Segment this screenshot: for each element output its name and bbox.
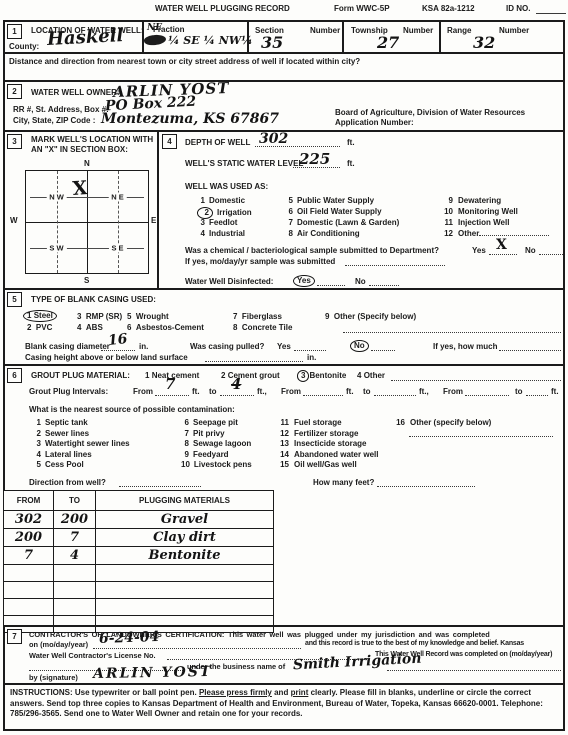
distance-question: Distance and direction from nearest town…: [9, 57, 360, 66]
county-value: Haskell: [47, 27, 124, 49]
interval2-from-label: From: [281, 387, 301, 396]
contamination-question: What is the nearest source of possible c…: [29, 405, 235, 414]
casing-height-unit: in.: [307, 353, 316, 362]
direction-question: Direction from well?: [29, 478, 106, 487]
section-6-badge: 6: [7, 368, 22, 383]
use-option: 4Industrial: [197, 229, 252, 240]
disinfected-yes-blank: [317, 278, 345, 286]
quadrant-nw-label: N W: [46, 192, 67, 201]
casing-diameter-label: Blank casing diameter: [25, 342, 110, 351]
how-much-blank: [499, 343, 561, 351]
casing-option: 8 Concrete Tile: [233, 323, 292, 332]
casing-diameter-unit: in.: [139, 342, 148, 351]
interval2-to-blank: [374, 388, 416, 396]
instructions-box: INSTRUCTIONS: Use typewriter or ball poi…: [3, 683, 565, 731]
section-6-grout-box: 6 GROUT PLUG MATERIAL: 1 Neat cement 2 C…: [3, 364, 565, 627]
well-uses-column-1: 1Domestic 2Irrigation 3Feedlot 4Industri…: [197, 196, 252, 240]
fraction-overwrite: NE: [147, 24, 162, 33]
contamination-column-3: 11Fuel storage 12Fertilizer storage 13In…: [277, 418, 378, 471]
use-option: 5Public Water Supply: [285, 196, 399, 207]
pulled-yes-blank: [294, 343, 326, 351]
how-much-label: If yes, how much: [433, 342, 497, 351]
instructions-text-1: Use typewriter or ball point pen.: [75, 688, 197, 697]
contamination-option: 2Sewer lines: [33, 429, 130, 440]
divider: [439, 22, 441, 52]
interval2-to-label: to: [363, 387, 371, 396]
disinfected-no-blank: [369, 278, 399, 286]
section-value: 35: [261, 35, 283, 51]
fraction-value: ¼ SE ¼ NW¼: [168, 35, 253, 46]
form-number: Form WWC-5P: [334, 4, 390, 13]
section-1-badge: 1: [7, 24, 22, 39]
other-use-blank: [479, 229, 549, 236]
owner-label: WATER WELL OWNER:: [31, 88, 120, 97]
address-label: RR #, St. Address, Box #:: [13, 105, 109, 114]
grid-center-horizontal: [26, 222, 148, 223]
contamination-option: 9Feedyard: [181, 450, 252, 461]
section-3-badge: 3: [7, 134, 22, 149]
contamination-option: 14Abandoned water well: [277, 450, 378, 461]
contamination-option: 5Cess Pool: [33, 460, 130, 471]
pulled-no-circled: No: [350, 340, 369, 352]
interval-to-label: to: [209, 387, 217, 396]
contamination-option: 4Lateral lines: [33, 450, 130, 461]
section-1-location-box: 1 LOCATION OF WATER WELL: County: Haskel…: [3, 20, 565, 54]
compass-north: N: [84, 159, 90, 168]
city-state-zip-value: Montezuma, KS 67867: [101, 112, 279, 126]
pulled-yes-label: Yes: [277, 342, 291, 351]
contamination-option: 1Septic tank: [33, 418, 130, 429]
interval-from-label: From: [133, 387, 153, 396]
well-used-as-label: WELL WAS USED AS:: [185, 182, 268, 191]
contamination-option: 10Livestock pens: [181, 460, 252, 471]
disinfected-yes-circled: Yes: [293, 275, 315, 287]
interval3-to-label: to: [515, 387, 523, 396]
disinfected-label: Water Well Disinfected:: [185, 277, 273, 286]
grout-other-blank: [391, 373, 561, 381]
contamination-option: 3Watertight sewer lines: [33, 439, 130, 450]
use-option: 6Oil Field Water Supply: [285, 207, 399, 218]
interval3-from-label: From: [443, 387, 463, 396]
plugging-materials-table: FROM TO PLUGGING MATERIALS 302200Gravel …: [3, 490, 274, 633]
well-uses-column-3: 9Dewatering 10Monitoring Well 11Injectio…: [441, 196, 549, 240]
section-5-title: TYPE OF BLANK CASING USED:: [31, 295, 156, 304]
casing-height-blank: [205, 354, 303, 362]
contamination-column-2: 6Seepage pit 7Pit privy 8Sewage lagoon 9…: [181, 418, 252, 471]
board-of-agriculture-line: Board of Agriculture, Division of Water …: [335, 108, 525, 117]
casing-option: 3 RMP (SR): [77, 312, 122, 321]
sample-date-blank: [345, 258, 445, 266]
section-7-certification-box: 7 CONTRACTOR'S OR LANDOWNER'S CERTIFICAT…: [3, 625, 565, 685]
materials-header: PLUGGING MATERIALS: [96, 491, 274, 511]
business-name-blank: [387, 663, 561, 671]
id-number-label: ID NO.: [506, 4, 530, 13]
use-option: 7Domestic (Lawn & Garden): [285, 218, 399, 229]
casing-option: 7 Fiberglass: [233, 312, 282, 321]
completed-on-label: on (mo/day/year): [29, 640, 88, 649]
interval-to-value: 4: [231, 377, 241, 392]
sample-no-label: No: [525, 246, 536, 255]
county-label: County:: [9, 42, 39, 51]
sample-yes-x-mark: X: [496, 238, 507, 252]
use-option: 9Dewatering: [441, 196, 549, 207]
compass-west: W: [10, 216, 18, 225]
pulled-no-blank: [371, 343, 395, 351]
interval-ft: ft.: [192, 387, 200, 396]
casing-other-blank: [343, 325, 561, 333]
use-option-irrigation-circled: 2Irrigation: [197, 207, 252, 218]
section-2-badge: 2: [7, 84, 22, 99]
sample-no-blank: [539, 247, 563, 255]
compass-east: E: [151, 216, 156, 225]
divider: [342, 22, 344, 52]
certification-line-2: and this record is true to the best of m…: [305, 640, 524, 647]
contamination-column-1: 1Septic tank 2Sewer lines 3Watertight se…: [33, 418, 130, 471]
use-option: 8Air Conditioning: [285, 229, 399, 240]
grid-quarter-vertical: [118, 171, 119, 273]
city-state-zip-label: City, State, ZIP Code :: [13, 116, 95, 125]
quadrant-sw-label: S W: [46, 243, 66, 252]
well-uses-column-2: 5Public Water Supply 6Oil Field Water Su…: [285, 196, 399, 240]
grout-option: 2 Cement grout: [221, 371, 280, 380]
form-header: WATER WELL PLUGGING RECORD Form WWC-5P K…: [0, 4, 568, 18]
section-2-owner-box: 2 WATER WELL OWNER: ARLIN YOST RR #, St.…: [3, 80, 565, 132]
instructions-underlined-1: Please press firmly: [199, 688, 272, 697]
quadrant-ne-label: N E: [108, 192, 127, 201]
contamination-option: 12Fertilizer storage: [277, 429, 378, 440]
interval3-to-blank: [526, 388, 548, 396]
depth-of-well-label: DEPTH OF WELL: [185, 138, 250, 147]
township-value: 27: [377, 35, 399, 51]
section-3-title-line1: MARK WELL'S LOCATION WITH: [31, 135, 153, 144]
interval3-from-blank: [465, 388, 509, 396]
grid-quarter-vertical: [57, 171, 58, 273]
table-row: [4, 582, 274, 599]
casing-option-steel-circled: 1 Steel: [23, 310, 57, 322]
to-header: TO: [54, 491, 96, 511]
grout-intervals-label: Grout Plug Intervals:: [29, 387, 108, 396]
casing-option: 5 Wrought: [127, 312, 169, 321]
depth-value: 302: [259, 132, 288, 146]
contamination-option-other: 16Other (specify below): [393, 418, 491, 429]
sample-yes-label: Yes: [472, 246, 486, 255]
well-location-x-mark: X: [72, 179, 88, 199]
contamination-option: 13Insecticide storage: [277, 439, 378, 450]
disinfected-no-label: No: [355, 277, 366, 286]
compass-south: S: [84, 276, 89, 285]
section-3-4-box: 3 MARK WELL'S LOCATION WITH AN "X" IN SE…: [3, 130, 565, 290]
casing-pulled-question: Was casing pulled?: [190, 342, 264, 351]
casing-option-other: 9 Other (Specify below): [325, 312, 416, 321]
range-number-label: Number: [499, 26, 529, 35]
casing-diameter-value: 16: [107, 332, 128, 348]
section-4-badge: 4: [162, 134, 177, 149]
id-number-blank: [536, 6, 566, 14]
interval3-ft: ft.: [551, 387, 559, 396]
static-level-unit: ft.: [347, 159, 355, 168]
interval2-ft-comma: ft.,: [419, 387, 429, 396]
static-level-value: 225: [299, 152, 330, 167]
interval-from-value: 7: [165, 377, 175, 392]
section-3-title-line2: AN "X" IN SECTION BOX:: [31, 145, 128, 154]
township-number-label: Number: [403, 26, 433, 35]
grout-option-bentonite-circled: 3Bentonite: [297, 371, 346, 380]
section-5-casing-box: 5 TYPE OF BLANK CASING USED: 1 Steel 3 R…: [3, 288, 565, 366]
contamination-option: 8Sewage lagoon: [181, 439, 252, 450]
section-location-grid: N W N E S W S E X: [25, 170, 149, 274]
instructions-heading: INSTRUCTIONS:: [10, 688, 73, 697]
signature-value: ARLIN YOST: [93, 665, 213, 681]
instructions-text-2: and: [274, 688, 288, 697]
interval2-from-blank: [303, 388, 343, 396]
interval-ft-comma: ft.,: [257, 387, 267, 396]
sample-question: Was a chemical / bacteriological sample …: [185, 246, 439, 255]
feet-blank: [377, 479, 475, 487]
static-water-level-label: WELL'S STATIC WATER LEVEL: [185, 159, 303, 168]
casing-option: 4 ABS: [77, 323, 103, 332]
divider: [157, 132, 159, 288]
casing-option: 2 PVC: [27, 323, 52, 332]
table-row: [4, 599, 274, 616]
depth-unit: ft.: [347, 138, 355, 147]
water-well-plugging-record-form: WATER WELL PLUGGING RECORD Form WWC-5P K…: [0, 0, 568, 735]
quadrant-se-label: S E: [108, 243, 126, 252]
table-row: 2007Clay dirt: [4, 529, 274, 547]
interval2-ft: ft.: [346, 387, 354, 396]
completed-date-value: 6-24-04: [99, 630, 160, 646]
section-7-badge: 7: [7, 629, 22, 644]
sample-date-line: If yes, mo/day/yr sample was submitted: [185, 257, 335, 266]
instructions-underlined-2: print: [291, 688, 309, 697]
direction-blank: [119, 479, 201, 487]
use-option: 3Feedlot: [197, 218, 252, 229]
grout-option-other: 4 Other: [357, 371, 385, 380]
use-option: 1Domestic: [197, 196, 252, 207]
distance-question-box: Distance and direction from nearest town…: [3, 52, 565, 82]
contamination-option: 7Pit privy: [181, 429, 252, 440]
section-number-label: Number: [310, 26, 340, 35]
signature-label: by (signature): [29, 673, 78, 682]
section-5-badge: 5: [7, 292, 22, 307]
contamination-option: 11Fuel storage: [277, 418, 378, 429]
grout-material-label: GROUT PLUG MATERIAL:: [31, 371, 130, 380]
from-header: FROM: [4, 491, 54, 511]
table-row: 302200Gravel: [4, 511, 274, 529]
casing-option: 6 Asbestos-Cement: [127, 323, 204, 332]
use-option: 10Monitoring Well: [441, 207, 549, 218]
how-many-feet-question: How many feet?: [313, 478, 374, 487]
license-number-label: Water Well Contractor's License No.: [29, 651, 156, 660]
page-title: WATER WELL PLUGGING RECORD: [155, 4, 290, 13]
contamination-other-blank: [409, 429, 553, 437]
table-row: 74Bentonite: [4, 547, 274, 565]
contamination-option: 6Seepage pit: [181, 418, 252, 429]
application-number-label: Application Number:: [335, 118, 414, 127]
contamination-column-4: 16Other (specify below): [393, 418, 491, 429]
range-label: Range: [447, 26, 471, 35]
scribbled-out-text: [143, 34, 166, 47]
casing-height-label: Casing height above or below land surfac…: [25, 353, 188, 362]
table-header-row: FROM TO PLUGGING MATERIALS: [4, 491, 274, 511]
range-value: 32: [473, 35, 495, 51]
table-row: [4, 565, 274, 582]
use-option: 11Injection Well: [441, 218, 549, 229]
statute-reference: KSA 82a-1212: [422, 4, 475, 13]
contamination-option: 15Oil well/Gas well: [277, 460, 378, 471]
divider: [142, 22, 144, 52]
